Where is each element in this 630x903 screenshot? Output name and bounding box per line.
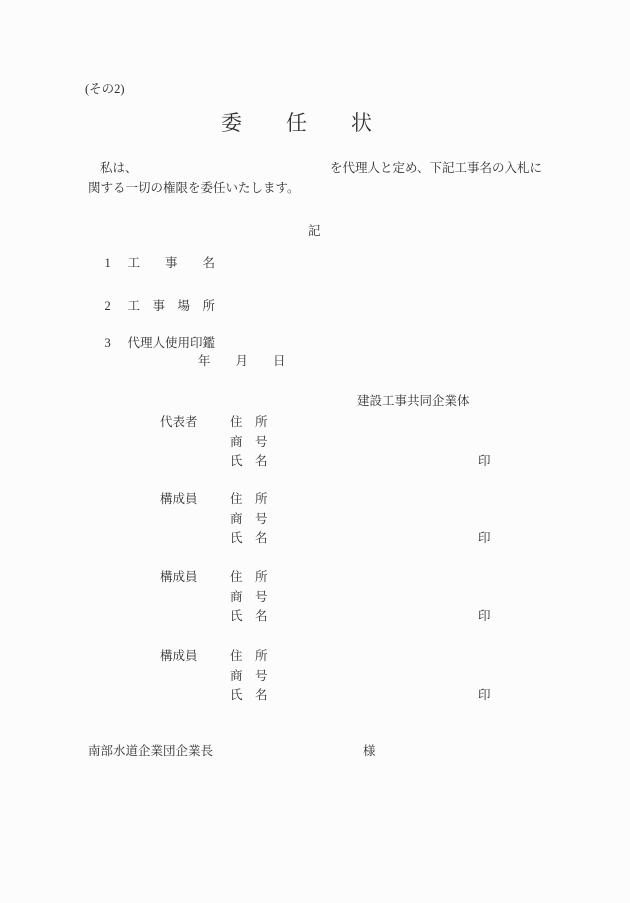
signer-row: 氏 名 印 <box>160 686 580 706</box>
signer-row: 商 号 <box>160 667 580 687</box>
field-name: 氏 名 <box>230 686 268 706</box>
signer-row: 構成員 住 所 <box>160 568 580 588</box>
item-label: 工 事 名 <box>128 256 216 270</box>
intro-line1-right: を代理人と定め、下記工事名の入札に <box>330 158 542 176</box>
signer-block-member: 構成員 住 所 商 号 氏 名 印 <box>160 490 580 549</box>
signer-role: 構成員 <box>160 568 198 588</box>
seal-mark: 印 <box>478 607 491 627</box>
item-number: 2 <box>105 299 128 314</box>
field-address: 住 所 <box>230 647 268 667</box>
seal-mark: 印 <box>478 452 491 472</box>
signer-role: 代表者 <box>160 413 198 433</box>
field-address: 住 所 <box>230 413 268 433</box>
signer-row: 氏 名 印 <box>160 529 580 549</box>
principal-name-blank <box>145 158 325 172</box>
power-of-attorney-document: (その2) 委任状 私は、 を代理人と定め、下記工事名の入札に 関する一切の権限… <box>0 0 630 903</box>
signer-row: 氏 名 印 <box>160 452 580 472</box>
signer-block-member: 構成員 住 所 商 号 氏 名 印 <box>160 647 580 706</box>
seal-mark: 印 <box>478 686 491 706</box>
addressee-honorific: 様 <box>363 741 376 759</box>
field-name: 氏 名 <box>230 529 268 549</box>
date-line: 年 月 日 <box>198 351 286 369</box>
field-name: 氏 名 <box>230 607 268 627</box>
field-trade-name: 商 号 <box>230 510 268 530</box>
signer-row: 構成員 住 所 <box>160 647 580 667</box>
signer-row: 商 号 <box>160 510 580 530</box>
joint-venture-heading: 建設工事共同企業体 <box>357 391 470 409</box>
intro-line2: 関する一切の権限を委任いたします。 <box>88 178 300 196</box>
page-note: (その2) <box>85 79 125 97</box>
signer-block-representative: 代表者 住 所 商 号 氏 名 印 <box>160 413 580 472</box>
signer-role: 構成員 <box>160 647 198 667</box>
seal-mark: 印 <box>478 529 491 549</box>
field-address: 住 所 <box>230 490 268 510</box>
field-trade-name: 商 号 <box>230 588 268 608</box>
signer-role: 構成員 <box>160 490 198 510</box>
item-number: 3 <box>105 336 128 351</box>
item-label: 工 事 場 所 <box>128 299 216 313</box>
intro-line1-left: 私は、 <box>100 158 138 176</box>
signer-row: 商 号 <box>160 433 580 453</box>
addressee-name: 南部水道企業団企業長 <box>88 741 213 759</box>
item-label: 代理人使用印鑑 <box>128 336 216 350</box>
signer-row: 構成員 住 所 <box>160 490 580 510</box>
field-address: 住 所 <box>230 568 268 588</box>
item-number: 1 <box>105 256 128 271</box>
document-title: 委任状 <box>221 107 416 137</box>
record-marker: 記 <box>308 221 321 239</box>
signer-row: 代表者 住 所 <box>160 413 580 433</box>
signer-block-member: 構成員 住 所 商 号 氏 名 印 <box>160 568 580 627</box>
field-trade-name: 商 号 <box>230 667 268 687</box>
field-name: 氏 名 <box>230 452 268 472</box>
field-trade-name: 商 号 <box>230 433 268 453</box>
signer-row: 商 号 <box>160 588 580 608</box>
signer-row: 氏 名 印 <box>160 607 580 627</box>
item-construction-name: 1工 事 名 <box>92 238 215 286</box>
item-agent-seal: 3代理人使用印鑑 <box>92 318 215 366</box>
